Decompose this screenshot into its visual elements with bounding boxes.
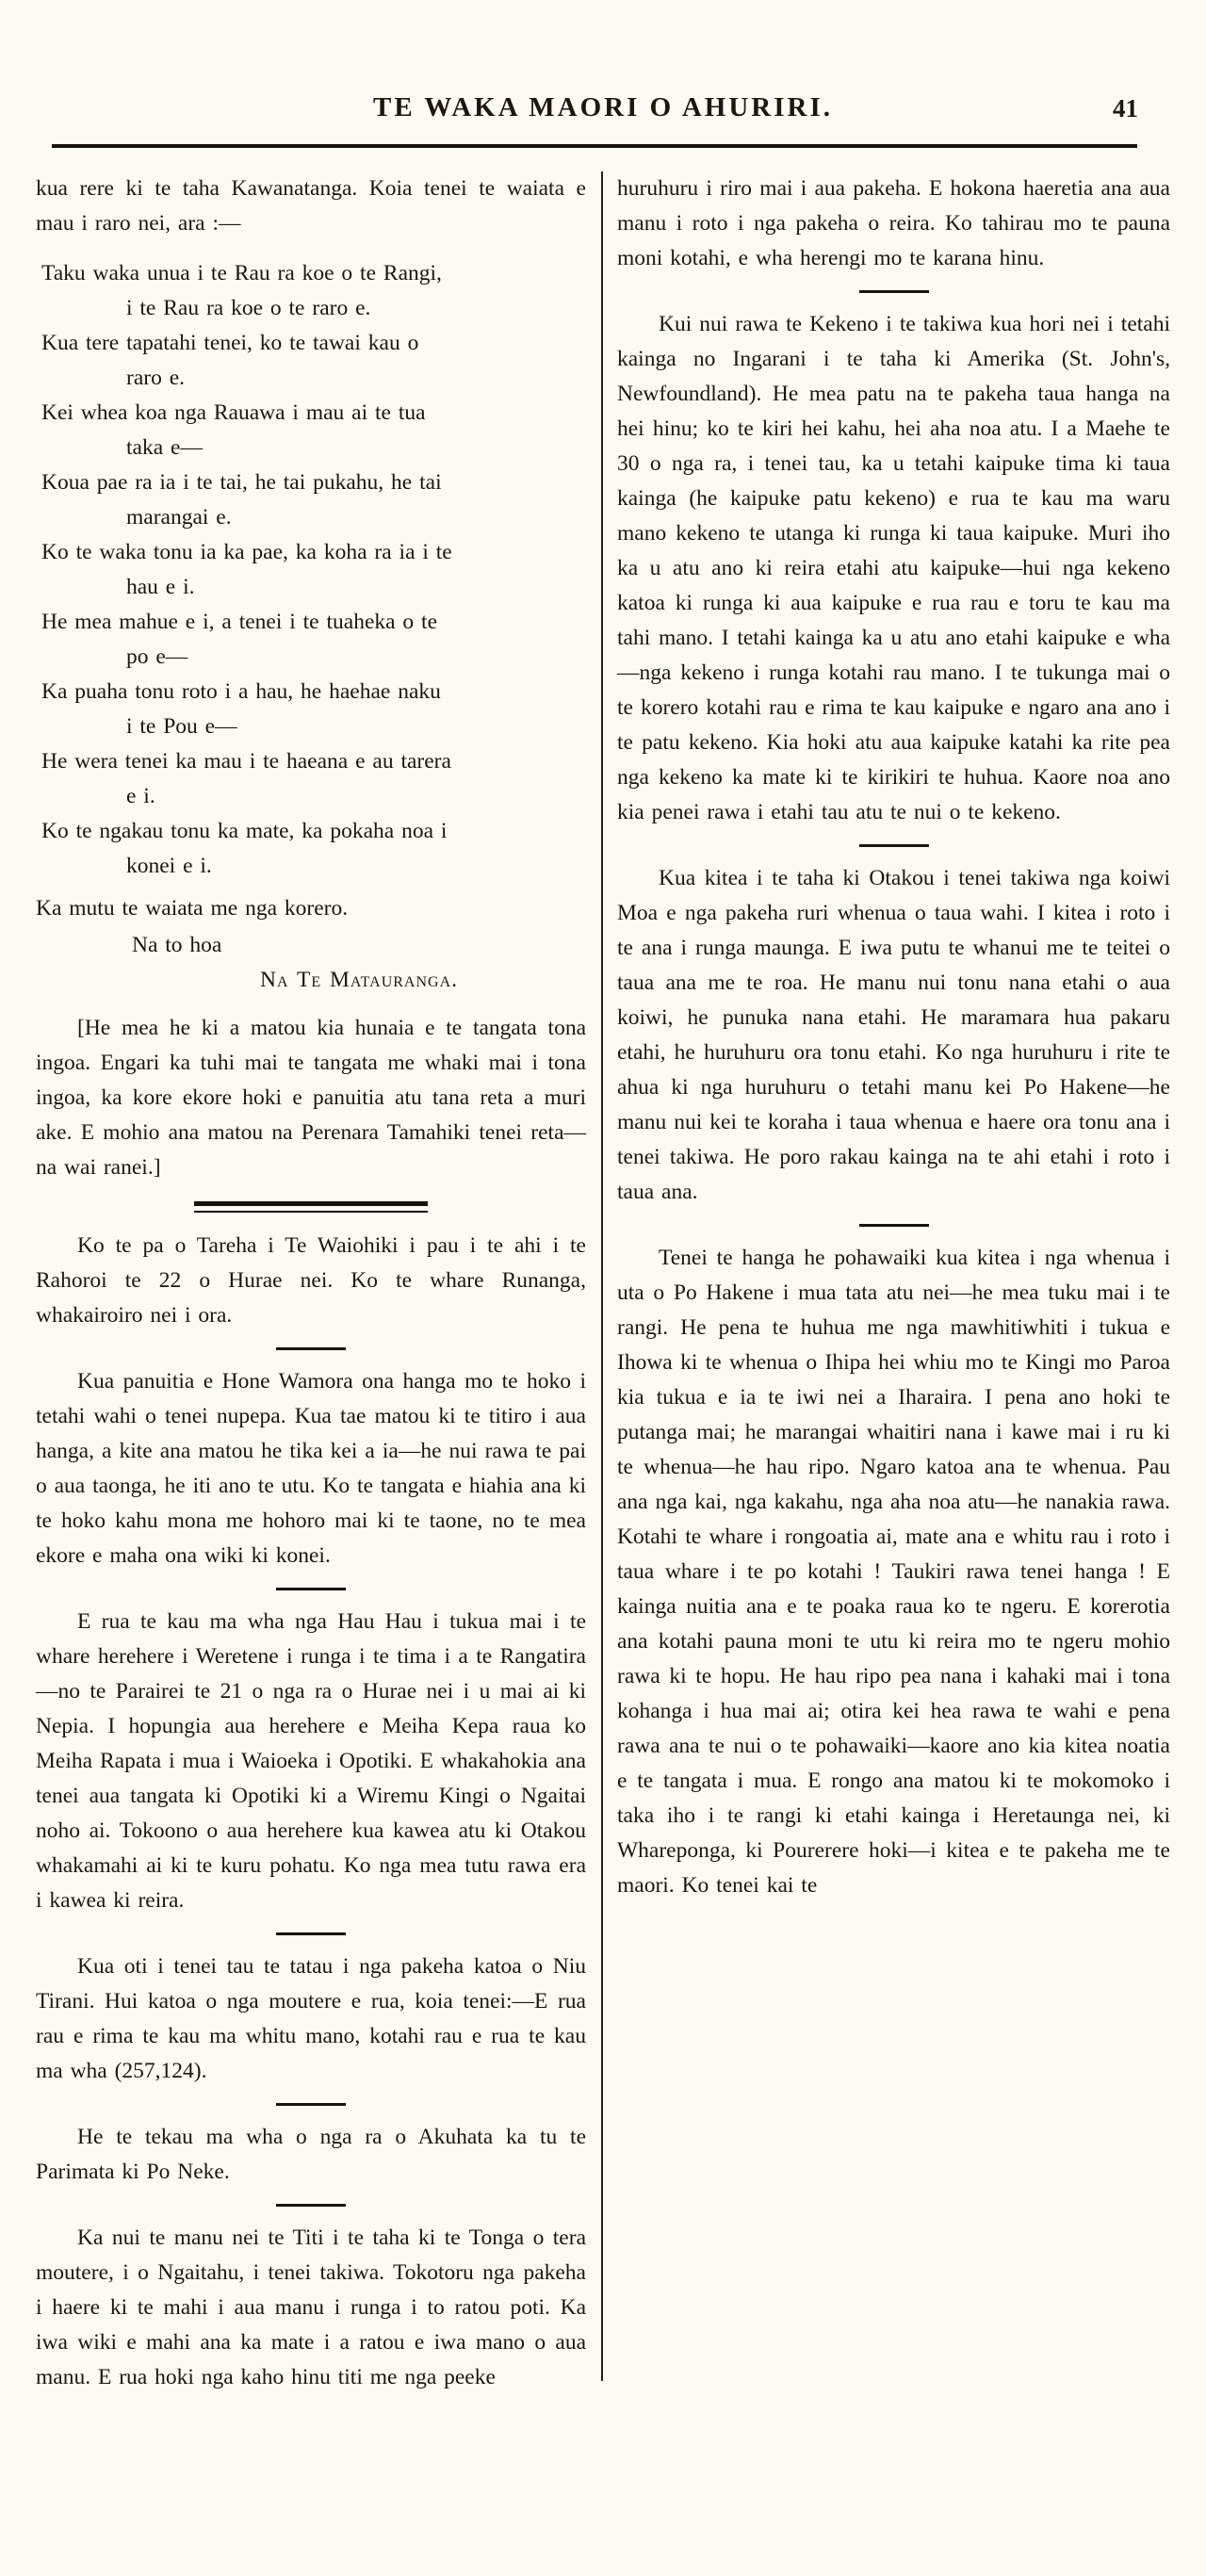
- paragraph: Kui nui rawa te Kekeno i te takiwa kua h…: [617, 307, 1170, 830]
- column-divider-rule: [601, 171, 603, 2381]
- columns-container: kua rere ki te taha Kawanatanga. Koia te…: [36, 171, 1170, 2397]
- signature-line: Na Te Matauranga.: [36, 963, 586, 998]
- paragraph: [He mea he ki a matou kia hunaia e te ta…: [36, 1011, 586, 1185]
- signature-line: Na to hoa: [36, 928, 586, 963]
- right-column: huruhuru i riro mai i aua pakeha. E hoko…: [617, 171, 1170, 2397]
- poem-line: Koua pae ra ia i te tai, he tai pukahu, …: [36, 465, 586, 500]
- poem-line: Kei whea koa nga Rauawa i mau ai te tua: [36, 396, 586, 431]
- paragraph: Ka nui te manu nei te Titi i te taha ki …: [36, 2221, 586, 2395]
- poem-line: taka e—: [36, 431, 586, 465]
- poem-line: konei e i.: [36, 849, 586, 884]
- section-divider-short: [276, 2103, 346, 2106]
- poem-line: i te Pou e—: [36, 709, 586, 744]
- poem-line: marangai e.: [36, 500, 586, 535]
- paragraph: Kua oti i tenei tau te tatau i nga pakeh…: [36, 1949, 586, 2089]
- poem-line: Kua tere tapatahi tenei, ko te tawai kau…: [36, 326, 586, 361]
- section-divider-short: [276, 1347, 346, 1350]
- poem: Taku waka unua i te Rau ra koe o te Rang…: [36, 256, 586, 884]
- paragraph: Ko te pa o Tareha i Te Waiohiki i pau i …: [36, 1229, 586, 1333]
- header-rule: [52, 144, 1137, 148]
- poem-line: i te Rau ra koe o te raro e.: [36, 291, 586, 326]
- signature-block: Na to hoaNa Te Matauranga.: [36, 928, 586, 998]
- left-column: kua rere ki te taha Kawanatanga. Koia te…: [36, 171, 586, 2397]
- signature-name: Na Te Matauranga.: [260, 968, 458, 992]
- paragraph: Ka mutu te waiata me nga korero.: [36, 891, 586, 926]
- paragraph: huruhuru i riro mai i aua pakeha. E hoko…: [617, 171, 1170, 276]
- section-divider-short: [276, 1932, 346, 1935]
- column-gutter: [586, 171, 617, 2397]
- section-divider-short: [276, 2204, 346, 2207]
- paragraph: He te tekau ma wha o nga ra o Akuhata ka…: [36, 2120, 586, 2190]
- page-title: TE WAKA MAORI O AHURIRI.: [0, 92, 1206, 123]
- poem-line: e i.: [36, 779, 586, 814]
- section-divider-short: [859, 844, 929, 847]
- poem-line: Taku waka unua i te Rau ra koe o te Rang…: [36, 256, 586, 291]
- poem-line: He mea mahue e i, a tenei i te tuaheka o…: [36, 605, 586, 640]
- poem-line: raro e.: [36, 361, 586, 396]
- section-divider-short: [276, 1588, 346, 1590]
- section-divider-double: [194, 1201, 428, 1213]
- poem-line: hau e i.: [36, 570, 586, 605]
- paragraph: kua rere ki te taha Kawanatanga. Koia te…: [36, 171, 586, 241]
- page-number: 41: [1113, 94, 1138, 123]
- poem-line: Ka puaha tonu roto i a hau, he haehae na…: [36, 675, 586, 709]
- poem-line: po e—: [36, 640, 586, 675]
- paragraph: Kua kitea i te taha ki Otakou i tenei ta…: [617, 861, 1170, 1210]
- paragraph: Tenei te hanga he pohawaiki kua kitea i …: [617, 1241, 1170, 1903]
- section-divider-short: [859, 290, 929, 293]
- section-divider-short: [859, 1224, 929, 1227]
- poem-line: Ko te ngakau tonu ka mate, ka pokaha noa…: [36, 814, 586, 849]
- poem-line: He wera tenei ka mau i te haeana e au ta…: [36, 744, 586, 779]
- poem-line: Ko te waka tonu ia ka pae, ka koha ra ia…: [36, 535, 586, 570]
- paragraph: E rua te kau ma wha nga Hau Hau i tukua …: [36, 1605, 586, 1918]
- paragraph: Kua panuitia e Hone Wamora ona hanga mo …: [36, 1364, 586, 1573]
- newspaper-page: TE WAKA MAORI O AHURIRI. 41 kua rere ki …: [0, 0, 1206, 2576]
